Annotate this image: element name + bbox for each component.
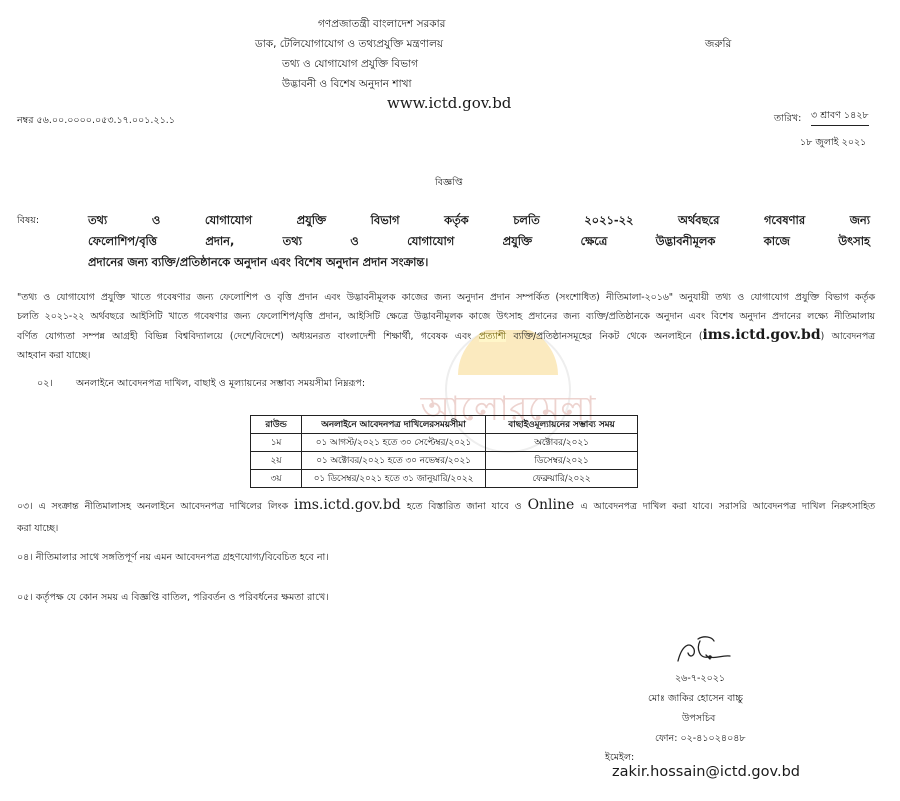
notice-title: বিজ্ঞপ্তি — [435, 176, 463, 191]
date-label: তারিখ: — [774, 112, 801, 127]
online-word: Online — [528, 497, 575, 513]
subject-line: তথ্য ও যোগাযোগ প্রযুক্তি বিভাগ কর্তৃক চল… — [88, 210, 870, 231]
schedule-table: রাউন্ড অনলাইনে আবেদনপত্র দাখিলেরসময়সীমা… — [250, 415, 638, 488]
cell-round: ৩য় — [251, 470, 302, 488]
cell-submission: ০১ অক্টোবর/২০২১ হতে ৩০ নভেম্বর/২০২১ — [302, 452, 486, 470]
cell-round: ২য় — [251, 452, 302, 470]
urgent-label: জরুরি — [705, 34, 731, 54]
header-round: রাউন্ড — [251, 416, 302, 434]
ims-link[interactable]: ims.ictd.gov.bd — [294, 497, 401, 513]
signatory-email[interactable]: zakir.hossain@ictd.gov.bd — [612, 764, 800, 780]
table-row: ২য় ০১ অক্টোবর/২০২১ হতে ৩০ নভেম্বর/২০২১ … — [251, 452, 638, 470]
highlighted-word: প্রত্যাশী — [479, 331, 506, 342]
header-submission-period: অনলাইনে আবেদনপত্র দাখিলেরসময়সীমা — [302, 416, 486, 434]
item3-text: ০৩। এ সংক্রান্ত নীতিমালাসহ অনলাইনে আবেদন… — [17, 501, 294, 512]
branch-name: উদ্ভাবনী ও বিশেষ অনুদান শাখা — [282, 74, 412, 94]
cell-submission: ০১ আগস্ট/২০২১ হতে ৩০ সেপ্টেম্বর/২০২১ — [302, 434, 486, 452]
item3-text: এ আবেদনপত্র দাখিল করা যাবে। সরাসরি আবেদন… — [574, 501, 875, 512]
intro-line: "তথ্য ও যোগাযোগ প্রযুক্তি খাতে গবেষণার জ… — [17, 288, 875, 307]
date-bangla: ৩ শ্রাবণ ১৪২৮ — [811, 109, 869, 126]
table-row: ১ম ০১ আগস্ট/২০২১ হতে ৩০ সেপ্টেম্বর/২০২১ … — [251, 434, 638, 452]
intro-line: আহবান করা যাচ্ছে। — [17, 346, 875, 365]
intro-text: ) আবেদনপত্র — [821, 331, 875, 342]
ims-link[interactable]: ims.ictd.gov.bd — [702, 327, 820, 343]
table-header-row: রাউন্ড অনলাইনে আবেদনপত্র দাখিলেরসময়সীমা… — [251, 416, 638, 434]
intro-line: চলতি ২০২১-২২ অর্থবছরে আইসিটি খাতে গবেষণা… — [17, 307, 875, 326]
item3-line: করা যাচ্ছে। — [17, 518, 875, 540]
date-gregorian: ১৮ জুলাই ২০২১ — [800, 136, 866, 151]
sign-date: ২৬-৭-২০২১ — [675, 672, 725, 687]
subject-text: তথ্য ও যোগাযোগ প্রযুক্তি বিভাগ কর্তৃক চল… — [88, 210, 870, 273]
memo-number: নম্বর ৫৬.০০.০০০০.০৫৩.১৭.০০১.২১.১ — [17, 114, 175, 129]
item3-text: হতে বিস্তারিত জানা যাবে ও — [401, 501, 528, 512]
ministry-name: ডাক, টেলিযোগাযোগ ও তথ্যপ্রযুক্তি মন্ত্রণ… — [255, 34, 443, 54]
intro-paragraph: "তথ্য ও যোগাযোগ প্রযুক্তি খাতে গবেষণার জ… — [17, 288, 875, 365]
cell-round: ১ম — [251, 434, 302, 452]
signatory-name: মোঃ জাকির হোসেন বাচ্চু — [648, 692, 743, 707]
item2-number: ০২। — [37, 377, 53, 392]
intro-line: বর্ণিত যোগ্যতা সম্পন্ন আগ্রহী বিভিন্ন বি… — [17, 326, 875, 346]
item3-line: ০৩। এ সংক্রান্ত নীতিমালাসহ অনলাইনে আবেদন… — [17, 494, 875, 518]
subject-line: ফেলোশিপ/বৃত্তি প্রদান, তথ্য ও যোগাযোগ প্… — [88, 231, 870, 252]
item2-text: অনলাইনে আবেদনপত্র দাখিল, বাছাই ও মূল্যায… — [76, 377, 365, 392]
item4-text: ০৪। নীতিমালার সাথে সঙ্গতিপূর্ণ নয় এমন আ… — [17, 551, 329, 566]
table-row: ৩য় ০১ ডিসেম্বর/২০২১ হতে ৩১ জানুয়ারি/২০… — [251, 470, 638, 488]
website-link[interactable]: www.ictd.gov.bd — [387, 94, 511, 112]
item3-paragraph: ০৩। এ সংক্রান্ত নীতিমালাসহ অনলাইনে আবেদন… — [17, 494, 875, 540]
subject-line: প্রদানের জন্য ব্যক্তি/প্রতিষ্ঠানকে অনুদা… — [88, 252, 870, 273]
intro-text: বর্ণিত যোগ্যতা সম্পন্ন আগ্রহী বিভিন্ন বি… — [17, 331, 479, 342]
govt-name: গণপ্রজাতন্ত্রী বাংলাদেশ সরকার — [318, 14, 445, 34]
cell-evaluation: অক্টোবর/২০২১ — [486, 434, 638, 452]
item5-text: ০৫। কর্তৃপক্ষ যে কোন সময় এ বিজ্ঞপ্তি বা… — [17, 591, 329, 606]
signatory-phone: ফোন: ০২-৪১০২৪০৪৮ — [655, 732, 746, 747]
cell-evaluation: ফেব্রুয়ারি/২০২২ — [486, 470, 638, 488]
cell-evaluation: ডিসেম্বর/২০২১ — [486, 452, 638, 470]
signature-image — [670, 635, 740, 667]
signatory-designation: উপসচিব — [682, 712, 715, 727]
header-evaluation-period: বাছাইওমূল্যায়নের সম্ভাব্য সময় — [486, 416, 638, 434]
intro-text: ব্যক্তি/প্রতিষ্ঠানসমূহের নিকট থেকে অনলাই… — [506, 331, 702, 342]
cell-submission: ০১ ডিসেম্বর/২০২১ হতে ৩১ জানুয়ারি/২০২২ — [302, 470, 486, 488]
division-name: তথ্য ও যোগাযোগ প্রযুক্তি বিভাগ — [282, 54, 418, 74]
subject-label: বিষয়: — [17, 214, 39, 229]
